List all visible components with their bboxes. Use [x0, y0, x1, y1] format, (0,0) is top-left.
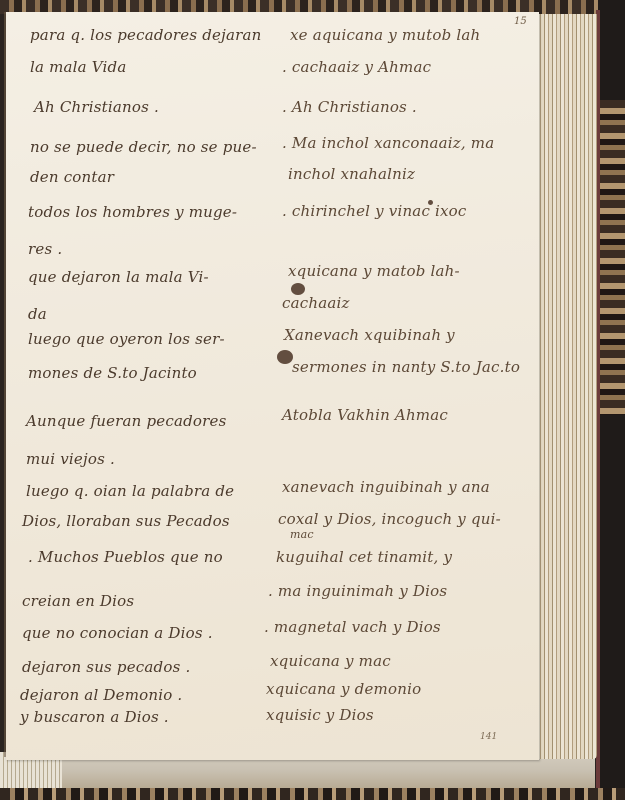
- right-line: kuguihal cet tinamit, y: [276, 548, 452, 566]
- left-line: la mala Vida: [30, 58, 127, 76]
- right-line: xquicana y matob lah-: [288, 262, 460, 280]
- page-fore-edge: [537, 14, 597, 759]
- book-board-bottom: [0, 788, 625, 800]
- right-line: Atobla Vakhin Ahmac: [282, 406, 448, 424]
- left-line: luego que oyeron los ser-: [28, 330, 225, 348]
- right-line: cachaaiz: [282, 294, 350, 312]
- left-line: todos los hombres y muge-: [28, 203, 237, 221]
- gutter-line: [4, 12, 6, 757]
- left-line: para q. los pecadores dejaran: [30, 26, 261, 44]
- right-line: sermones in nanty S.to Jac.to: [292, 358, 520, 376]
- left-line: que no conocian a Dios .: [22, 624, 213, 642]
- left-line: . Muchos Pueblos que no: [28, 548, 223, 566]
- left-line: no se puede decir, no se pue-: [30, 138, 257, 156]
- left-line: res .: [28, 240, 62, 258]
- right-line: xe aquicana y mutob lah: [290, 26, 480, 44]
- right-line: mac: [290, 528, 314, 541]
- right-line: . cachaaiz y Ahmac: [282, 58, 431, 76]
- right-line: xquicana y demonio: [266, 680, 421, 698]
- right-line: . Ma inchol xanconaaiz, ma: [282, 134, 494, 152]
- folio-number: 15: [514, 16, 527, 27]
- left-line: y buscaron a Dios .: [20, 708, 169, 726]
- left-line: mones de S.to Jacinto: [28, 364, 197, 382]
- left-line: dejaron sus pecados .: [22, 658, 190, 676]
- manuscript-page: [6, 12, 539, 760]
- right-line: inchol xnahalniz: [288, 165, 415, 183]
- right-line: . chirinchel y vinac ixoc: [282, 202, 467, 220]
- right-line: . magnetal vach y Dios: [264, 618, 441, 636]
- left-line: Aunque fueran pecadores: [26, 412, 227, 430]
- left-line: Ah Christianos .: [34, 98, 159, 116]
- right-line: xanevach inguibinah y ana: [282, 478, 490, 496]
- bottom-mark: 141: [480, 732, 497, 742]
- left-line: den contar: [30, 168, 114, 186]
- left-line: que dejaron la mala Vi-: [28, 268, 209, 286]
- right-line: xquicana y mac: [270, 652, 391, 670]
- right-line: . Ah Christianos .: [282, 98, 417, 116]
- ink-blot: [277, 350, 293, 364]
- left-line: luego q. oian la palabra de: [26, 482, 234, 500]
- right-line: Xanevach xquibinah y: [284, 326, 455, 344]
- marbled-cover-right: [600, 100, 625, 415]
- right-line: . ma inguinimah y Dios: [268, 582, 447, 600]
- left-line: mui viejos .: [26, 450, 115, 468]
- right-line: coxal y Dios, incoguch y qui-: [278, 510, 501, 528]
- left-line: creian en Dios: [22, 592, 134, 610]
- left-line: da: [28, 305, 47, 323]
- left-line: dejaron al Demonio .: [20, 686, 182, 704]
- right-line: xquisic y Dios: [266, 706, 374, 724]
- left-line: Dios, lloraban sus Pecados: [22, 512, 230, 530]
